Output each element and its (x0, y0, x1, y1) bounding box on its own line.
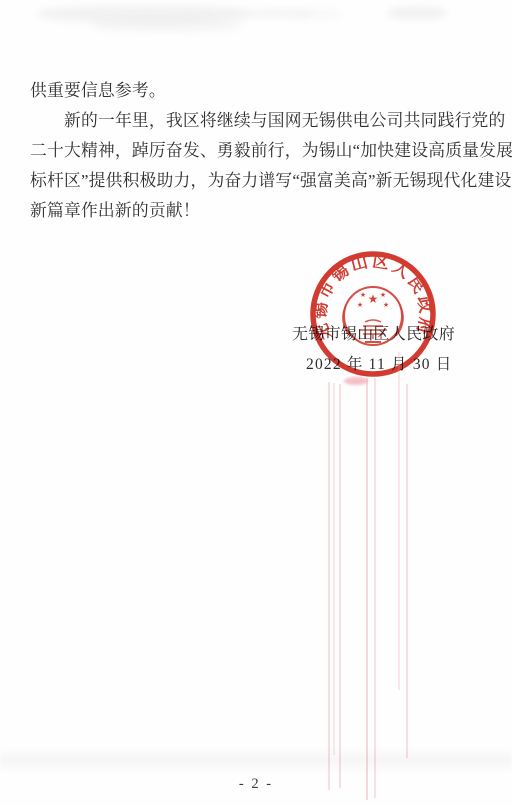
scan-artifact-band (0, 748, 512, 774)
bleedthrough-smudge (300, 10, 340, 18)
ink-streak (398, 352, 400, 690)
letter-body: 供重要信息参考。 新的一年里，我区将继续与国网无锡供电公司共同践行党的 二十大精… (30, 76, 490, 226)
body-line: 新篇章作出新的贡献！ (30, 196, 490, 226)
ink-streak (366, 378, 368, 800)
official-seal: 无锡市锡山区人民政府 ★ ★ ★ ★ ★ (303, 244, 443, 384)
star-icon: ★ (383, 301, 389, 309)
star-icon: ★ (368, 292, 379, 306)
ink-streak (339, 384, 341, 788)
ink-streak (374, 378, 376, 798)
gate-roof (359, 320, 387, 330)
body-line: 标杆区”提供积极助力，为奋力谱写“强富美高”新无锡现代化建设 (30, 166, 490, 196)
national-emblem-icon: ★ ★ ★ ★ ★ (343, 287, 403, 345)
body-line: 新的一年里，我区将继续与国网无锡供电公司共同践行党的 (30, 106, 490, 136)
star-icon: ★ (380, 291, 386, 299)
ink-streak (333, 383, 335, 755)
body-line: 二十大精神，踔厉奋发、勇毅前行，为锡山“加快建设高质量发展 (30, 136, 490, 166)
ink-streak (328, 382, 330, 790)
ink-streak (406, 384, 408, 758)
page-number: - 2 - (0, 776, 512, 793)
body-line: 供重要信息参考。 (30, 76, 490, 106)
document-page: 供重要信息参考。 新的一年里，我区将继续与国网无锡供电公司共同践行党的 二十大精… (0, 0, 512, 805)
star-icon: ★ (360, 291, 366, 299)
bleedthrough-smudge (92, 20, 242, 31)
star-icon: ★ (357, 301, 363, 309)
bleedthrough-smudge (388, 7, 446, 19)
ink-smudge (344, 377, 368, 385)
gate-base (363, 334, 383, 339)
